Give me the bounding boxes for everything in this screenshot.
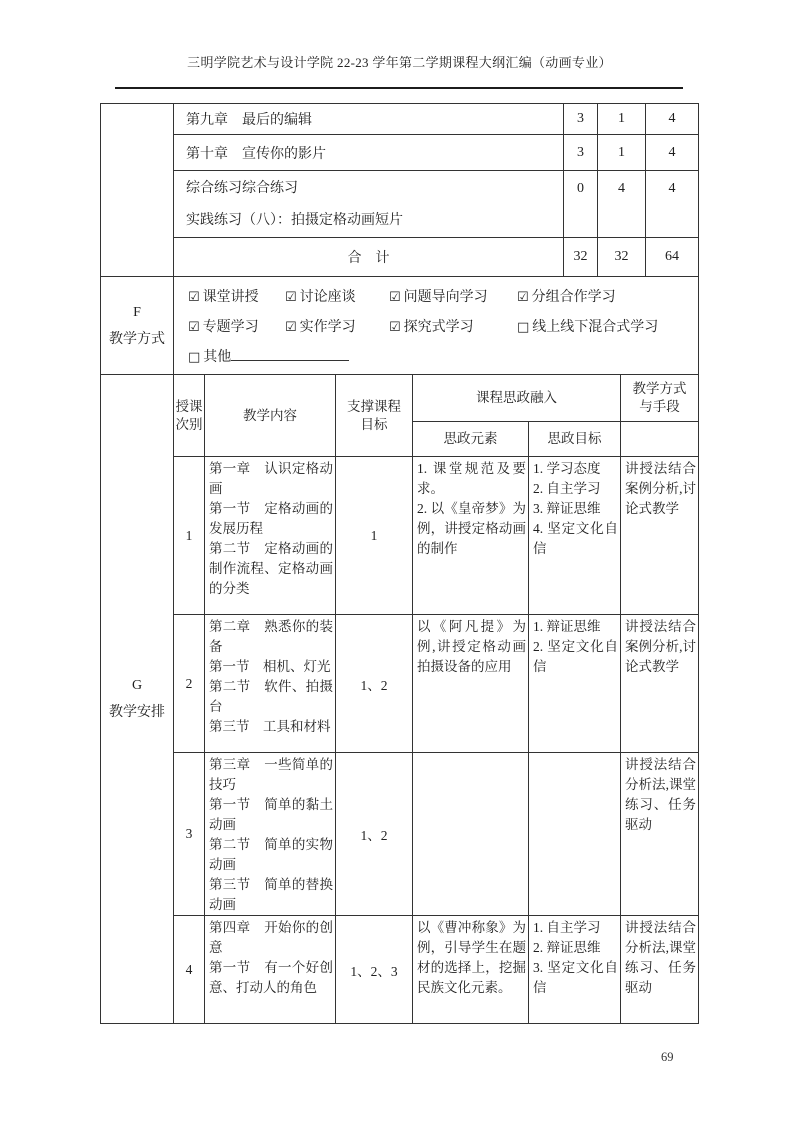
content-cell: 第二章 熟悉你的装备 第一节 相机、灯光 第二节 软件、拍摄台 第三节 工具和材… [205,615,336,753]
teaching-method-option: ☑课堂讲授 [188,283,285,313]
methods-cell: 讲授法结合案例分析,讨论式教学 [621,457,699,615]
table-header-row: G 教学安排 授课 次别 教学内容 支撑课程 目标 课程思政融入 教学方式 与手… [101,375,699,422]
teaching-method-option: ☑实作学习 [285,313,389,343]
checkbox-checked-icon: ☑ [188,320,200,335]
objectives-cell: 1、2 [336,753,413,916]
practice-hours-cell: 1 [598,135,646,171]
section-g-label-cell: G 教学安排 [101,375,174,1024]
session-cell: 1 [174,457,205,615]
chapter-title-cell: 综合练习综合练习 实践练习（八）：拍摄定格动画短片 [174,171,564,238]
col-header-session: 授课 次别 [174,375,205,457]
total-row: 合 计 32 32 64 [101,238,699,277]
course-hours-table: 第九章 最后的编辑 3 1 4 第十章 宣传你的影片 3 1 4 综合练习综合练… [100,103,699,277]
option-label: 分组合作学习 [532,290,616,305]
ideology-elements-cell: 以《阿凡提》为例,讲授定格动画拍摄设备的应用 [413,615,529,753]
checkbox-checked-icon: ☑ [389,320,401,335]
option-label: 专题学习 [203,320,259,335]
total-hours-cell: 4 [646,104,699,135]
methods-cell: 讲授法结合分析法,课堂练习、任务驱动 [621,753,699,916]
chapter-title-cell: 第九章 最后的编辑 [174,104,564,135]
objectives-cell: 1 [336,457,413,615]
ideology-goals-cell: 1. 辩证思维 2. 坚定文化自信 [529,615,621,753]
document-page: 三明学院艺术与设计学院 22-23 学年第二学期课程大纲汇编（动画专业） 第九章… [0,0,799,1131]
schedule-row: 3 第三章 一些简单的技巧 第一节 简单的黏土动画 第二节 简单的实物动画 第三… [101,753,699,916]
header-spacer-cell [621,422,699,457]
syllabus-table: 第九章 最后的编辑 3 1 4 第十章 宣传你的影片 3 1 4 综合练习综合练… [100,103,698,1024]
ideology-goals-cell: 1. 学习态度 2. 自主学习 3. 辩证思维 4. 坚定文化自信 [529,457,621,615]
col-header-objectives: 支撑课程 目标 [336,375,413,457]
teaching-methods-line: ☑专题学习 ☑实作学习 ☑探究式学习 □线上线下混合式学习 [188,313,698,343]
page-number: 69 [661,1050,674,1065]
col-header-ideology-elements: 思政元素 [413,422,529,457]
option-label: 其他 [203,350,231,365]
teaching-method-option: ☑探究式学习 [389,313,517,343]
option-label: 线上线下混合式学习 [532,320,658,335]
teaching-methods-cell: ☑课堂讲授 ☑讨论座谈 ☑问题导向学习 ☑分组合作学习 ☑专题学习 ☑实作学习 … [174,277,699,375]
option-label: 探究式学习 [404,320,474,335]
ideology-elements-cell: 以《曹冲称象》为例，引导学生在题材的选择上，挖掘民族文化元素。 [413,916,529,1024]
content-cell: 第四章 开始你的创意 第一节 有一个好创意、打动人的角色 [205,916,336,1024]
option-label: 讨论座谈 [300,290,356,305]
ideology-goals-cell: 1. 自主学习 2. 辩证思维 3. 坚定文化自信 [529,916,621,1024]
teaching-method-option: ☑分组合作学习 [517,283,698,313]
practice-hours-cell: 1 [598,104,646,135]
total-hours-cell: 4 [646,135,699,171]
methods-cell: 讲授法结合分析法,课堂练习、任务驱动 [621,916,699,1024]
checkbox-checked-icon: ☑ [285,290,297,305]
header-divider [115,87,683,89]
total-hours-cell: 4 [646,171,699,238]
option-label: 课堂讲授 [203,290,259,305]
ideology-goals-cell [529,753,621,916]
teaching-method-option: □线上线下混合式学习 [517,313,698,343]
ideology-elements-cell: 1. 课堂规范及要求。 2. 以《皇帝梦》为例，讲授定格动画的制作 [413,457,529,615]
lecture-hours-cell: 0 [564,171,598,238]
methods-cell: 讲授法结合案例分析,讨论式教学 [621,615,699,753]
schedule-row: 1 第一章 认识定格动画 第一节 定格动画的发展历程 第二节 定格动画的制作流程… [101,457,699,615]
objectives-cell: 1、2、3 [336,916,413,1024]
col-header-content: 教学内容 [205,375,336,457]
checkbox-checked-icon: ☑ [285,320,297,335]
teaching-method-option: ☑问题导向学习 [389,283,517,313]
ideology-elements-cell [413,753,529,916]
teaching-methods-line: □其他 [188,343,698,373]
content-cell: 第一章 认识定格动画 第一节 定格动画的发展历程 第二节 定格动画的制作流程、定… [205,457,336,615]
total-hours-total-cell: 64 [646,238,699,277]
checkbox-checked-icon: ☑ [517,290,529,305]
lecture-hours-cell: 3 [564,104,598,135]
total-label-cell: 合 计 [174,238,564,277]
document-header-title: 三明学院艺术与设计学院 22-23 学年第二学期课程大纲汇编（动画专业） [0,52,799,71]
section-f-label-cell: F 教学方式 [101,277,174,375]
col-header-ideology-goals: 思政目标 [529,422,621,457]
checkbox-checked-icon: ☑ [188,290,200,305]
schedule-row: 2 第二章 熟悉你的装备 第一节 相机、灯光 第二节 软件、拍摄台 第三节 工具… [101,615,699,753]
col-header-ideology-group: 课程思政融入 [413,375,621,422]
table-row: F 教学方式 ☑课堂讲授 ☑讨论座谈 ☑问题导向学习 ☑分组合作学习 ☑专题学习… [101,277,699,375]
section-label-spacer-cell [101,104,174,277]
chapter-title-cell: 第十章 宣传你的影片 [174,135,564,171]
session-cell: 3 [174,753,205,916]
table-row: 第九章 最后的编辑 3 1 4 [101,104,699,135]
table-row: 第十章 宣传你的影片 3 1 4 [101,135,699,171]
checkbox-unchecked-icon: □ [188,350,200,365]
col-header-methods: 教学方式 与手段 [621,375,699,422]
table-row: 综合练习综合练习 实践练习（八）：拍摄定格动画短片 0 4 4 [101,171,699,238]
practice-hours-cell: 4 [598,171,646,238]
teaching-method-option: □其他 [188,343,285,373]
section-f-table: F 教学方式 ☑课堂讲授 ☑讨论座谈 ☑问题导向学习 ☑分组合作学习 ☑专题学习… [100,276,699,375]
teaching-method-option: ☑专题学习 [188,313,285,343]
section-g-table: G 教学安排 授课 次别 教学内容 支撑课程 目标 课程思政融入 教学方式 与手… [100,374,699,1024]
content-cell: 第三章 一些简单的技巧 第一节 简单的黏土动画 第二节 简单的实物动画 第三节 … [205,753,336,916]
option-label: 问题导向学习 [404,290,488,305]
teaching-method-option: ☑讨论座谈 [285,283,389,313]
teaching-methods-line: ☑课堂讲授 ☑讨论座谈 ☑问题导向学习 ☑分组合作学习 [188,283,698,313]
fill-in-blank-line [231,346,349,361]
checkbox-checked-icon: ☑ [389,290,401,305]
practice-hours-total-cell: 32 [598,238,646,277]
lecture-hours-total-cell: 32 [564,238,598,277]
objectives-cell: 1、2 [336,615,413,753]
session-cell: 4 [174,916,205,1024]
schedule-row: 4 第四章 开始你的创意 第一节 有一个好创意、打动人的角色 1、2、3 以《曹… [101,916,699,1024]
session-cell: 2 [174,615,205,753]
lecture-hours-cell: 3 [564,135,598,171]
checkbox-unchecked-icon: □ [517,320,529,335]
option-label: 实作学习 [300,320,356,335]
